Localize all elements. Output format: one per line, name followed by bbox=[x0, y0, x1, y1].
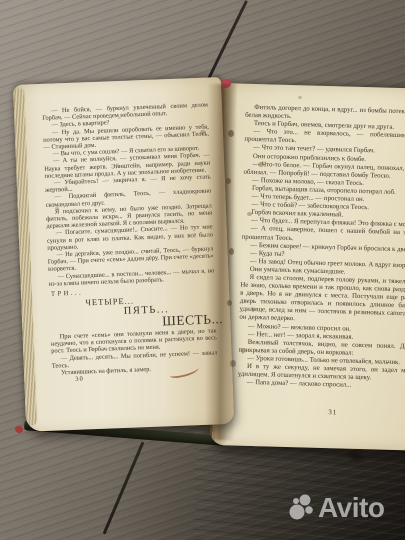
text-line: Я сидел за столом, подперев голову рукам… bbox=[239, 274, 405, 328]
spine-top-red-spot bbox=[221, 79, 231, 88]
avito-logo-icon bbox=[286, 492, 316, 524]
left-page-body: — Не бойся, — буркнул увлеченный своим д… bbox=[42, 102, 215, 288]
marketplace-listing-photo: Фитиль догорел до конца, и вдруг... из б… bbox=[0, 0, 405, 540]
page-number-right: 31 bbox=[237, 406, 405, 419]
left-page-text: — Не бойся, — буркнул увлеченный своим д… bbox=[42, 102, 218, 384]
counting-words: ТРИ...ЧЕТЫРЕ...ПЯТЬ...ШЕСТЬ... bbox=[49, 284, 216, 328]
avito-watermark: Avito bbox=[286, 492, 384, 524]
right-page-text: Фитиль догорел до конца, и вдруг... из б… bbox=[238, 104, 405, 393]
avito-wordmark: Avito bbox=[318, 494, 384, 522]
book-left-page: — Не бойся, — буркнул увлеченный своим д… bbox=[13, 77, 234, 432]
book-right-page: Фитиль догорел до конца, и вдруг... из б… bbox=[210, 83, 405, 452]
text-line: ШЕСТЬ... bbox=[162, 315, 216, 324]
